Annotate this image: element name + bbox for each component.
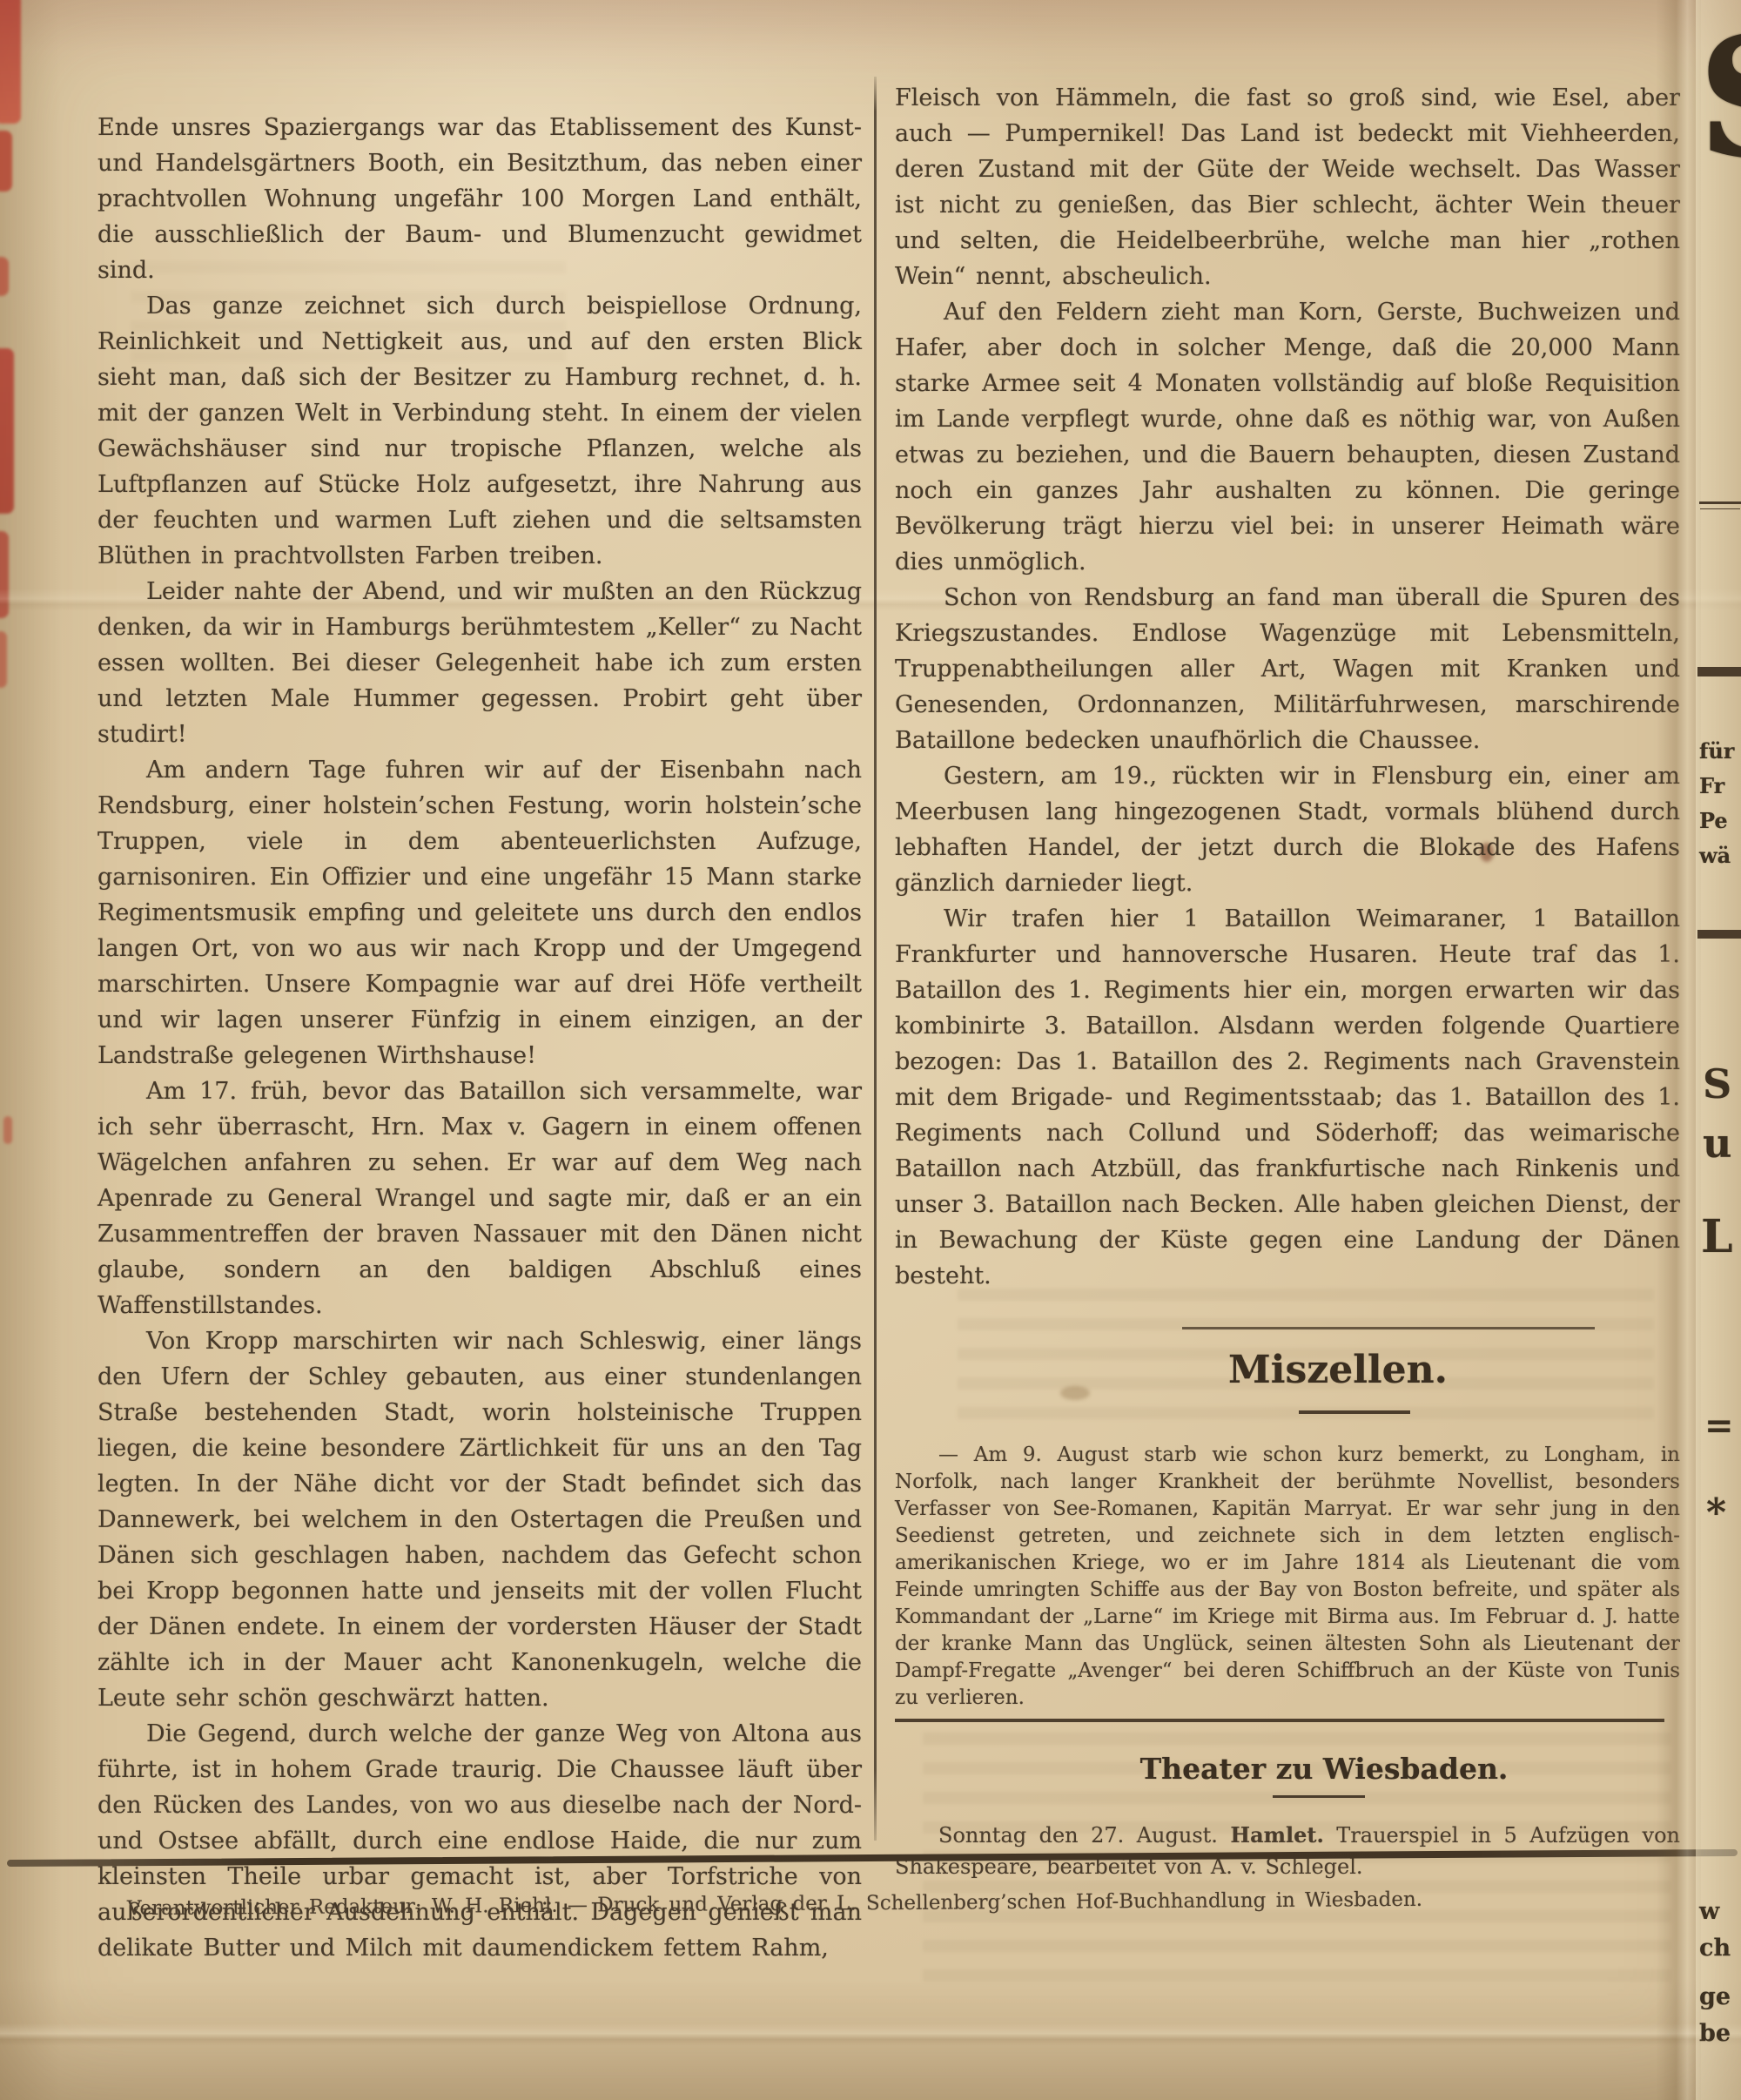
red-edge-mark [0, 631, 7, 688]
left-column: Ende unsres Spaziergangs war das Etablis… [97, 110, 862, 1966]
paragraph: Schon von Rendsburg an fand man überall … [895, 580, 1680, 758]
right-column: Fleisch von Hämmeln, die fast so groß si… [895, 80, 1680, 1294]
theater-separator-rule [895, 1719, 1664, 1722]
red-edge-mark [0, 131, 12, 192]
theater-heading: Theater zu Wiesbaden. [931, 1752, 1717, 1786]
edge-text-fragment: Fr [1699, 773, 1724, 798]
column-divider-rule [874, 77, 877, 1841]
edge-letter-fragment: S [1703, 1060, 1731, 1107]
paragraph: Gestern, am 19., rückten wir in Flensbur… [895, 758, 1680, 901]
newspaper-page-scan: Ende unsres Spaziergangs war das Etablis… [0, 0, 1741, 2100]
page-fold-crease [1656, 0, 1701, 2100]
section-separator-rule [1182, 1327, 1595, 1329]
red-edge-mark [0, 0, 21, 124]
paragraph: Fleisch von Hämmeln, die fast so groß si… [895, 80, 1680, 294]
red-edge-mark [3, 1116, 12, 1144]
edge-text-fragment: ge [1699, 1983, 1731, 2010]
miszellen-article: — Am 9. August starb wie schon kurz beme… [895, 1442, 1680, 1712]
edge-asterisk-mark: * [1706, 1491, 1726, 1535]
theater-date: Sonntag den 27. August. [938, 1823, 1230, 1848]
edge-rule [1697, 930, 1741, 939]
masthead-letter-fragment: S [1697, 16, 1741, 181]
theater-heading-rule [1273, 1795, 1365, 1798]
edge-text-fragment: w [1699, 1898, 1719, 1925]
paragraph: Auf den Feldern zieht man Korn, Gerste, … [895, 294, 1680, 580]
edge-text-fragment: wä [1699, 843, 1731, 868]
miszellen-heading-rule [1299, 1410, 1410, 1414]
edge-equals-mark: = [1704, 1405, 1734, 1446]
paragraph: Die Gegend, durch welche der ganze Weg v… [97, 1716, 862, 1966]
paragraph: Von Kropp marschirten wir nach Schleswig… [97, 1323, 862, 1716]
miszellen-heading: Miszellen. [945, 1348, 1731, 1392]
edge-text-fragment: be [1699, 2020, 1731, 2047]
edge-text-fragment: ch [1699, 1935, 1731, 1962]
red-edge-mark [0, 257, 9, 296]
paragraph: Am 17. früh, bevor das Bataillon sich ve… [97, 1074, 862, 1323]
edge-letter-fragment: u [1703, 1120, 1731, 1167]
edge-letter-fragment: L [1701, 1210, 1733, 1263]
edge-rule [1699, 501, 1741, 504]
paragraph: Wir trafen hier 1 Bataillon Weimaraner, … [895, 901, 1680, 1294]
red-edge-mark [0, 348, 14, 514]
play-title: Hamlet. [1230, 1822, 1323, 1848]
paper-crease [0, 2023, 1741, 2046]
paragraph: Am andern Tage fuhren wir auf der Eisenb… [97, 752, 862, 1074]
paragraph: Ende unsres Spaziergangs war das Etablis… [97, 110, 862, 288]
paragraph: — Am 9. August starb wie schon kurz beme… [895, 1442, 1680, 1712]
edge-text-fragment: Pe [1699, 808, 1728, 833]
paragraph: Leider nahte der Abend, und wir mußten a… [97, 574, 862, 752]
next-page-edge: S für Fr Pe wä S u L = * w ch ge be [1696, 0, 1741, 2100]
edge-rule [1697, 667, 1741, 676]
paragraph: Das ganze zeichnet sich durch beispiello… [97, 288, 862, 574]
edge-text-fragment: für [1699, 738, 1734, 764]
